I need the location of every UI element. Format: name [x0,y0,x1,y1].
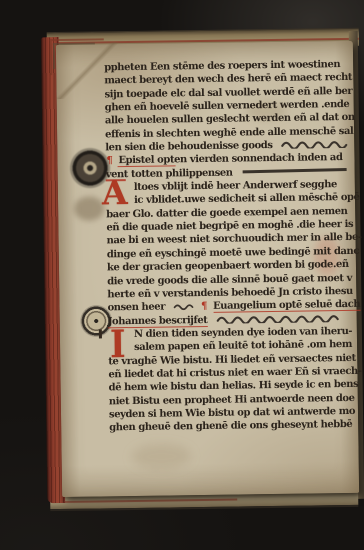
manuscript-page: A I ppheten Een stēme des roepers int wo… [56,41,359,497]
pilcrow-icon: ¶ [105,156,115,167]
ink-stain [74,196,104,220]
pilcrow-icon: ¶ [200,301,210,312]
wavy-flourish-icon [173,302,197,310]
manuscript-photo: A I ppheten Een stēme des roepers int wo… [0,0,364,550]
text-block: A I ppheten Een stēme des roepers int wo… [104,58,343,435]
text-line: ghen gheuē den ghenē die ons gheseynt he… [109,418,343,435]
rule-flourish-icon [243,168,347,173]
book: A I ppheten Een stēme des roepers int wo… [41,26,364,512]
margin-tick-mark [99,329,102,338]
parchment-stain [131,443,191,470]
wavy-flourish-icon [280,139,352,149]
red-edge-stain [52,499,237,504]
wavy-flourish-icon [215,313,341,324]
